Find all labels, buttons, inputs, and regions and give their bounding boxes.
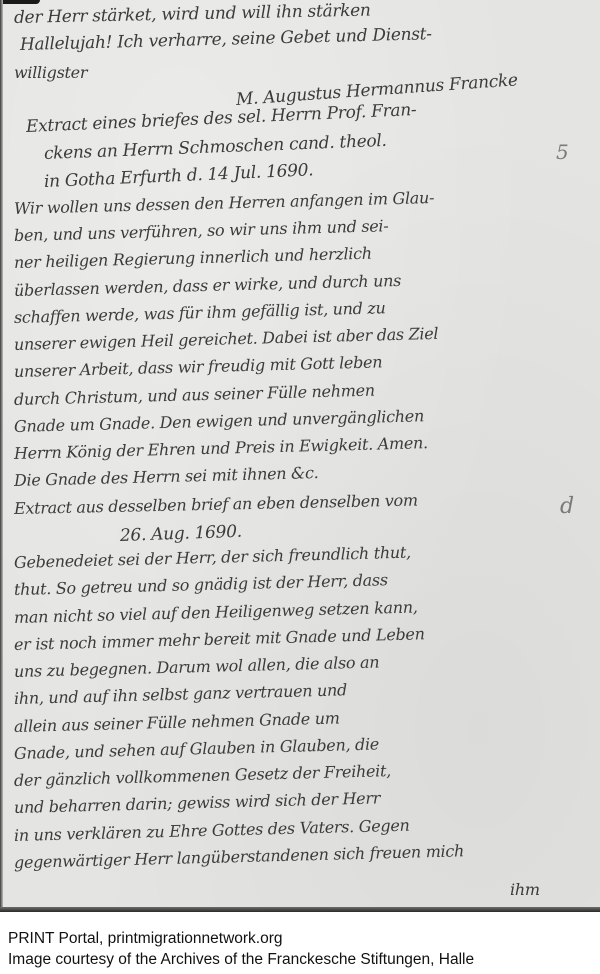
handwritten-line: ihm [510,880,540,899]
handwritten-line: Herrn König der Ehren und Preis in Ewigk… [14,433,428,463]
handwritten-line: Gnade um Gnade. Den ewigen und unvergäng… [14,406,424,436]
handwritten-line: der gänzlich vollkommenen Gesetz der Fre… [14,761,391,790]
handwritten-line: ner heiligen Regierung innerlich und her… [14,244,372,272]
page-number-5: 5 [556,140,569,164]
margin-mark: d [560,494,574,519]
scan-edge-bottom [0,907,600,912]
image-caption: PRINT Portal, printmigrationnetwork.org … [8,928,598,970]
handwritten-line: thut. So getreu und so gnädig ist der He… [14,570,388,599]
handwritten-line: Hallelujah! Ich verharre, seine Gebet un… [20,24,432,55]
handwritten-line: allein aus seiner Fülle nehmen Gnade um [14,708,340,736]
handwritten-line: in Gotha Erfurth d. 14 Jul. 1690. [44,160,314,192]
handwritten-line: der Herr stärket, wird und will ihn stär… [14,1,371,28]
handwritten-line: ihn, und auf ihn selbst ganz vertrauen u… [14,681,347,709]
handwritten-line: er ist noch immer mehr bereit mit Gnade … [14,624,425,654]
manuscript-scan: der Herr stärket, wird und will ihn stär… [0,0,600,912]
handwritten-line: und beharren darin; gewiss wird sich der… [14,789,381,818]
handwritten-line: ben, und uns verführen, so wir uns ihm u… [14,216,389,245]
handwritten-line: Gebenedeiet sei der Herr, der sich freun… [14,543,411,572]
handwritten-line: unserer Arbeit, dass wir freudig mit Got… [14,353,383,382]
handwritten-line: man nicht so viel auf den Heiligenweg se… [14,597,418,627]
handwritten-text-block: der Herr stärket, wird und will ihn stär… [0,0,600,912]
handwritten-line: uns zu begegnen. Darum wol allen, die al… [14,652,380,681]
handwritten-line: durch Christum, und aus seiner Fülle neh… [14,380,375,408]
handwritten-line: schaffen werde, was für ihm gefällig ist… [14,298,386,327]
handwritten-line: Die Gnade des Herrn sei mit ihnen &c. [14,463,319,490]
handwritten-line: Wir wollen uns dessen den Herren anfange… [14,188,435,218]
caption-credit: Image courtesy of the Archives of the Fr… [8,949,598,970]
handwritten-line: Extract aus desselben brief an eben dens… [14,490,418,517]
handwritten-line: Gnade, und sehen auf Glauben in Glauben,… [14,734,379,763]
handwritten-line: in uns verklären zu Ehre Gottes des Vate… [14,815,410,844]
handwritten-line: ckens an Herrn Schmoschen cand. theol. [44,131,387,164]
caption-source: PRINT Portal, printmigrationnetwork.org [8,928,598,949]
handwritten-line: gegenwärtiger Herr langüberstandenen sic… [14,841,465,872]
handwritten-line: überlassen werden, dass er wirke, und du… [14,270,401,299]
handwritten-line: 26. Aug. 1690. [120,522,242,546]
handwritten-line: unserer ewigen Heil gereichet. Dabei ist… [14,324,439,354]
handwritten-line: willigster [14,63,87,82]
